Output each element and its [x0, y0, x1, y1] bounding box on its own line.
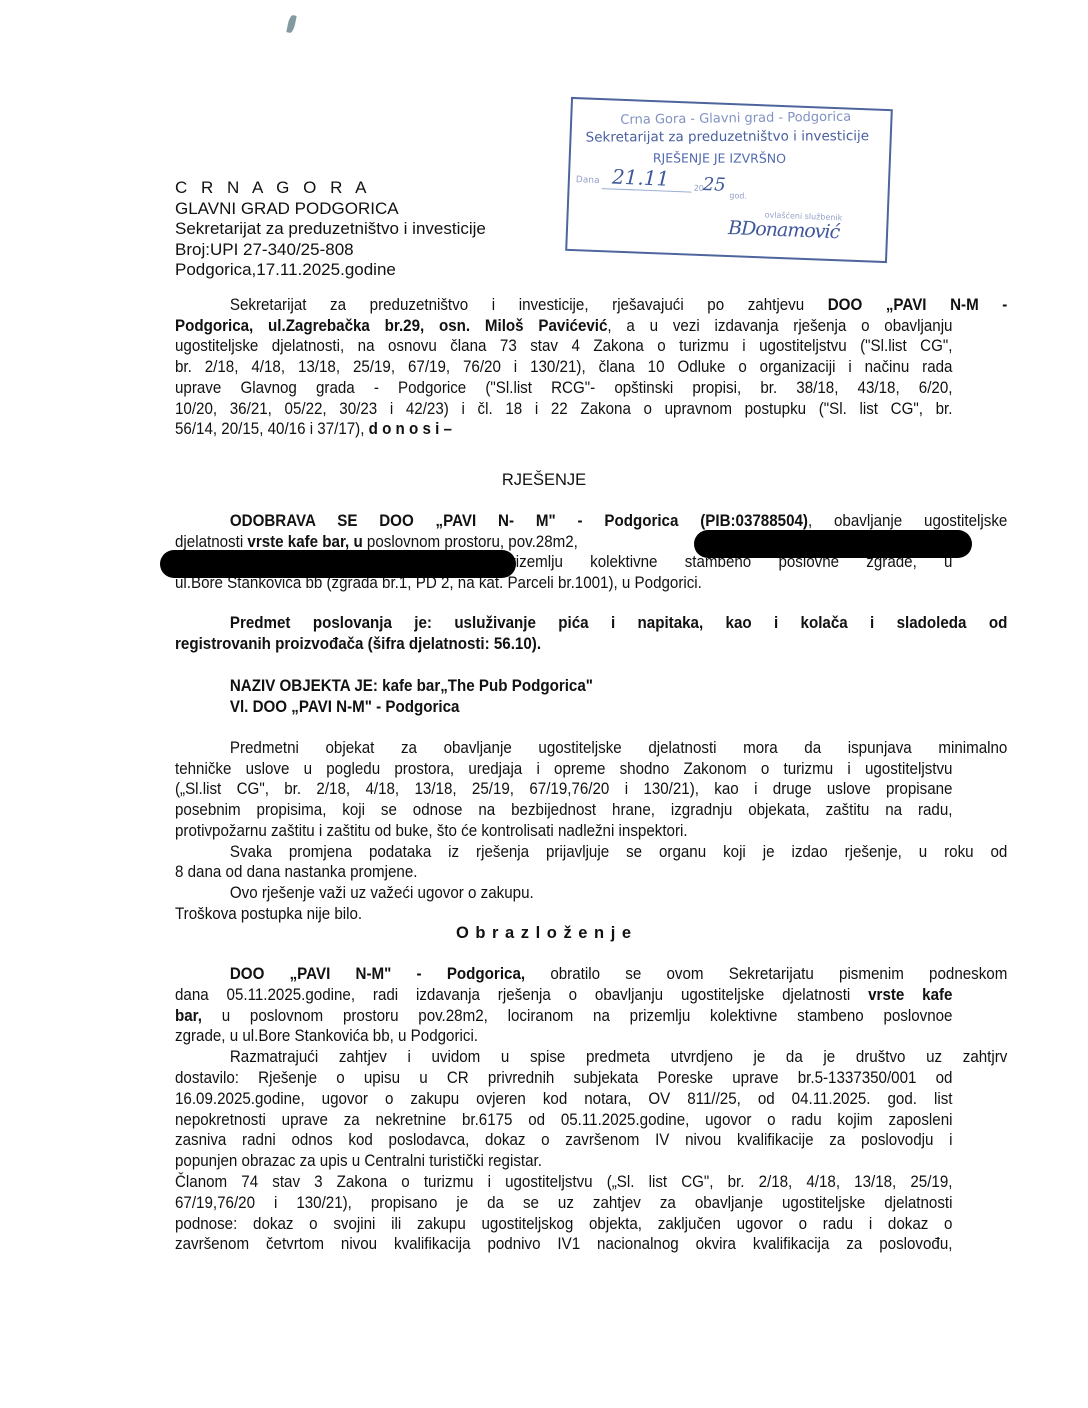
text-line: Svaka promjena podataka iz rješenja prij…	[175, 843, 1007, 862]
text-run: zasniva radni odnos kod poslodavca, doka…	[175, 1131, 952, 1149]
object-owner-line: Vl. DOO „PAVI N-M" - Podgorica	[175, 698, 1007, 717]
redacted-address-part-2	[160, 550, 516, 578]
reasoning-title: O b r a z l o ž e n j e	[0, 924, 1088, 943]
text-run: Sekretarijat za preduzetništvo i investi…	[230, 296, 828, 314]
text-line: Članom 74 stav 3 Zakona o turizmu i ugos…	[175, 1173, 952, 1192]
stamp-dana-label: Dana	[576, 175, 600, 186]
stamp-signature: BDonamović	[728, 217, 840, 243]
text-run: završenom četvrtom nivou kvalifikacija p…	[175, 1235, 952, 1253]
text-run: 56/14, 20/15, 40/16 i 37/17),	[175, 420, 369, 438]
bold-text-run: Miloš Pavićević	[485, 317, 608, 335]
text-line: dana 05.11.2025.godine, radi izdavanja r…	[175, 986, 952, 1005]
stamp-line-3: RJEŠENJE JE IZVRŠNO	[653, 150, 786, 165]
text-line: završenom četvrtom nivou kvalifikacija p…	[175, 1235, 952, 1254]
bold-text-run: Podgorica, ul.Zagrebačka br.29, osn.	[175, 317, 485, 335]
text-line: ugostiteljske djelatnosti, na osnovu čla…	[175, 337, 952, 356]
bold-text-run: bar,	[175, 1007, 202, 1025]
text-run: dana 05.11.2025.godine, radi izdavanja r…	[175, 986, 868, 1004]
text-line: 10/20, 36/21, 05/22, 30/23 i 42/23) i čl…	[175, 400, 952, 419]
text-line: popunjen obrazac za upis u Centralni tur…	[175, 1152, 952, 1171]
text-line: br. 2/18, 4/18, 13/18, 25/19, 67/19, 76/…	[175, 358, 952, 377]
text-run: ugostiteljske djelatnosti, na osnovu čla…	[175, 337, 952, 355]
text-line: 8 dana od dana nastanka promjene.	[175, 863, 952, 882]
header-case-number: Broj:UPI 27-340/25-808	[175, 240, 486, 261]
text-line: zgrade, u ul.Bore Stankovića bb, u Podgo…	[175, 1027, 952, 1046]
text-line: protivpožarnu zaštitu i zaštitu od buke,…	[175, 822, 952, 841]
text-line: uprave Glavnog grada - Podgorice ("Sl.li…	[175, 379, 952, 398]
text-line: registrovanih proizvođača (šifra djelatn…	[175, 635, 952, 654]
text-line: Predmetni objekat za obavljanje ugostite…	[175, 739, 1007, 758]
header-city: GLAVNI GRAD PODGORICA	[175, 199, 486, 220]
stamp-handwritten-year: 25	[702, 174, 726, 196]
text-line: 67/19,76/20 i 130/21), propisano je da s…	[175, 1194, 952, 1213]
text-run: („Sl.list CG", br. 2/18, 4/18, 13/18, 25…	[175, 780, 952, 798]
text-run: protivpožarnu zaštitu i zaštitu od buke,…	[175, 822, 688, 840]
stamp-line-1: Crna Gora - Glavni grad - Podgorica	[620, 110, 851, 128]
text-line: Predmet poslovanja je: usluživanje pića …	[175, 614, 1007, 633]
text-line: („Sl.list CG", br. 2/18, 4/18, 13/18, 25…	[175, 780, 952, 799]
text-run: 67/19,76/20 i 130/21), propisano je da s…	[175, 1194, 952, 1212]
text-run: u poslovnom prostoru pov.28m2, lociranom…	[202, 1007, 953, 1025]
stamp-god-label: god.	[729, 191, 747, 201]
bold-text-run: Predmet poslovanja je: usluživanje pića …	[230, 614, 1007, 632]
text-line: Troškova postupka nije bilo.	[175, 905, 952, 924]
text-line: zasniva radni odnos kod poslodavca, doka…	[175, 1131, 952, 1150]
text-line: ODOBRAVA SE DOO „PAVI N- M" - Podgorica …	[175, 512, 1007, 531]
text-run: djelatnosti	[175, 533, 247, 551]
bold-text-run: vrste kafe	[868, 986, 952, 1004]
text-run: Razmatrajući zahtjev i uvidom u spise pr…	[230, 1048, 1007, 1066]
enforceability-stamp: Crna Gora - Glavni grad - Podgorica Sekr…	[565, 97, 893, 263]
text-run: br. 2/18, 4/18, 13/18, 25/19, 67/19, 76/…	[175, 358, 952, 376]
text-run: Svaka promjena podataka iz rješenja prij…	[230, 843, 1007, 861]
stamp-handwritten-date: 21.11	[612, 165, 670, 191]
text-run: posebnim propisima, koji se odnose na be…	[175, 801, 952, 819]
text-run: 16.09.2025.godine, ugovor o zakupu ovjer…	[175, 1090, 952, 1108]
object-name-line: NAZIV OBJEKTA JE: kafe bar„The Pub Podgo…	[175, 677, 1007, 696]
text-line: Razmatrajući zahtjev i uvidom u spise pr…	[175, 1048, 1007, 1067]
text-run: Članom 74 stav 3 Zakona o turizmu i ugos…	[175, 1173, 952, 1191]
text-line: bar, u poslovnom prostoru pov.28m2, loci…	[175, 1007, 952, 1026]
text-line: tehničke uslove u pogledu prostora, ured…	[175, 760, 952, 779]
text-line: podnose: dokaz o svojini ili zakupu ugos…	[175, 1215, 952, 1234]
redacted-address-part-1	[694, 530, 972, 558]
text-line: dostavilo: Rješenje o upisu u CR privred…	[175, 1069, 952, 1088]
document-page: C R N A G O R A GLAVNI GRAD PODGORICA Se…	[0, 0, 1088, 1408]
document-header: C R N A G O R A GLAVNI GRAD PODGORICA Se…	[175, 178, 486, 281]
text-run: , obavljanje ugostiteljske	[808, 512, 1007, 530]
text-run: nepokretnosti uprave za nekretnine br.61…	[175, 1111, 952, 1129]
text-line: Ovo rješenje važi uz važeći ugovor o zak…	[175, 884, 1007, 903]
scan-artifact-mark	[286, 14, 297, 33]
header-department: Sekretarijat za preduzetništvo i investi…	[175, 219, 486, 240]
bold-text-run: DOO „PAVI N-M -	[828, 296, 1008, 314]
text-run: dostavilo: Rješenje o upisu u CR privred…	[175, 1069, 952, 1087]
text-run: uprave Glavnog grada - Podgorice ("Sl.li…	[175, 379, 952, 397]
text-run: Troškova postupka nije bilo.	[175, 905, 362, 923]
text-run: 8 dana od dana nastanka promjene.	[175, 863, 417, 881]
text-run: 10/20, 36/21, 05/22, 30/23 i 42/23) i čl…	[175, 400, 952, 418]
stamp-line-2: Sekretarijat za preduzetništvo i investi…	[586, 128, 870, 145]
text-run: Predmetni objekat za obavljanje ugostite…	[230, 739, 1007, 757]
bold-text-run: d o n o s i –	[369, 420, 452, 438]
text-line: posebnim propisima, koji se odnose na be…	[175, 801, 952, 820]
text-line: 16.09.2025.godine, ugovor o zakupu ovjer…	[175, 1090, 952, 1109]
text-run: , a u vezi izdavanja rješenja o obavljan…	[607, 317, 952, 335]
text-run: popunjen obrazac za upis u Centralni tur…	[175, 1152, 542, 1170]
bold-text-run: vrste kafe bar, u	[247, 533, 362, 551]
text-run: Ovo rješenje važi uz važeći ugovor o zak…	[230, 884, 534, 902]
header-country: C R N A G O R A	[175, 178, 486, 199]
decision-title: RJEŠENJE	[0, 471, 1088, 490]
text-run: obratilo se ovom Sekretarijatu pismenim …	[525, 965, 1007, 983]
bold-text-run: registrovanih proizvođača (šifra djelatn…	[175, 635, 541, 653]
text-run: tehničke uslove u pogledu prostora, ured…	[175, 760, 952, 778]
text-line: Sekretarijat za preduzetništvo i investi…	[175, 296, 1007, 315]
text-line: 56/14, 20/15, 40/16 i 37/17), d o n o s …	[175, 420, 952, 439]
text-line: DOO „PAVI N-M" - Podgorica, obratilo se …	[175, 965, 1007, 984]
bold-text-run: ODOBRAVA SE DOO „PAVI N- M" - Podgorica …	[230, 512, 808, 530]
bold-text-run: DOO „PAVI N-M" - Podgorica,	[230, 965, 525, 983]
text-run: zgrade, u ul.Bore Stankovića bb, u Podgo…	[175, 1027, 478, 1045]
text-run: podnose: dokaz o svojini ili zakupu ugos…	[175, 1215, 952, 1233]
text-line: Podgorica, ul.Zagrebačka br.29, osn. Mil…	[175, 317, 952, 336]
header-place-date: Podgorica,17.11.2025.godine	[175, 260, 486, 281]
text-run: poslovnom prostoru, pov.28m2,	[363, 533, 578, 551]
text-line: nepokretnosti uprave za nekretnine br.61…	[175, 1111, 952, 1130]
